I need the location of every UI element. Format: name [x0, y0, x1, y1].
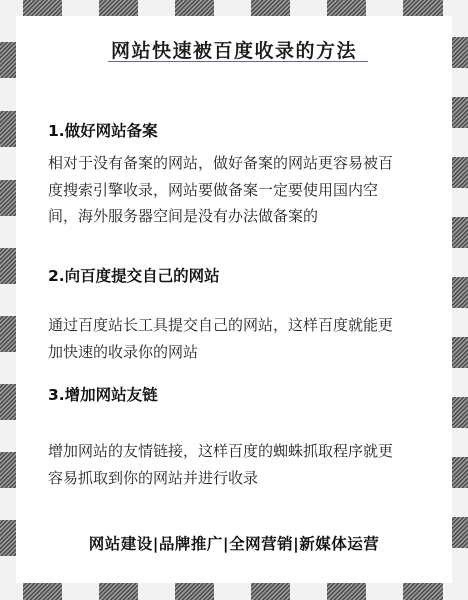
hatch-square: [452, 457, 468, 488]
hatch-square: [327, 0, 366, 16]
hatch-square: [452, 277, 468, 308]
hatch-square: [327, 583, 366, 600]
hatch-square: [452, 217, 468, 248]
hatch-square: [0, 452, 16, 488]
hatch-square: [452, 337, 468, 368]
hatch-square: [452, 397, 468, 428]
hatch-square: [23, 0, 62, 16]
section-heading-1: 1.做好网站备案: [48, 119, 158, 141]
hatch-square: [452, 157, 468, 188]
section-body-2: 通过百度站长工具提交自己的网站，这样百度就能更加快速的收录你的网站: [48, 312, 398, 365]
hatch-square: [0, 248, 16, 284]
hatch-square: [403, 0, 443, 16]
hatch-square: [23, 583, 62, 600]
hatch-square: [0, 316, 16, 352]
hatch-square: [251, 583, 290, 600]
hatch-square: [403, 583, 443, 600]
hatch-square: [99, 583, 138, 600]
hatch-square: [175, 583, 214, 600]
section-body-1: 相对于没有备案的网站，做好备案的网站更容易被百度搜索引擎收录，网站要做备案一定要…: [48, 150, 398, 230]
section-body-3: 增加网站的友情链接，这样百度的蜘蛛抓取程序就更容易抓取到你的网站并进行收录: [48, 438, 398, 491]
hatch-square: [99, 0, 138, 16]
title-underline: [108, 61, 368, 62]
footer-services: 网站建设|品牌推广|全网营销|新媒体运营: [0, 532, 468, 554]
page-title: 网站快速被百度收录的方法: [0, 36, 468, 63]
content-panel: [16, 16, 452, 583]
section-heading-3: 3.增加网站友链: [48, 383, 158, 405]
section-heading-2: 2.向百度提交自己的网站: [48, 264, 220, 286]
hatch-square: [0, 111, 16, 147]
hatch-square: [0, 384, 16, 420]
hatch-square: [452, 97, 468, 128]
hatch-square: [175, 0, 214, 16]
hatch-square: [0, 180, 16, 216]
hatch-square: [251, 0, 290, 16]
